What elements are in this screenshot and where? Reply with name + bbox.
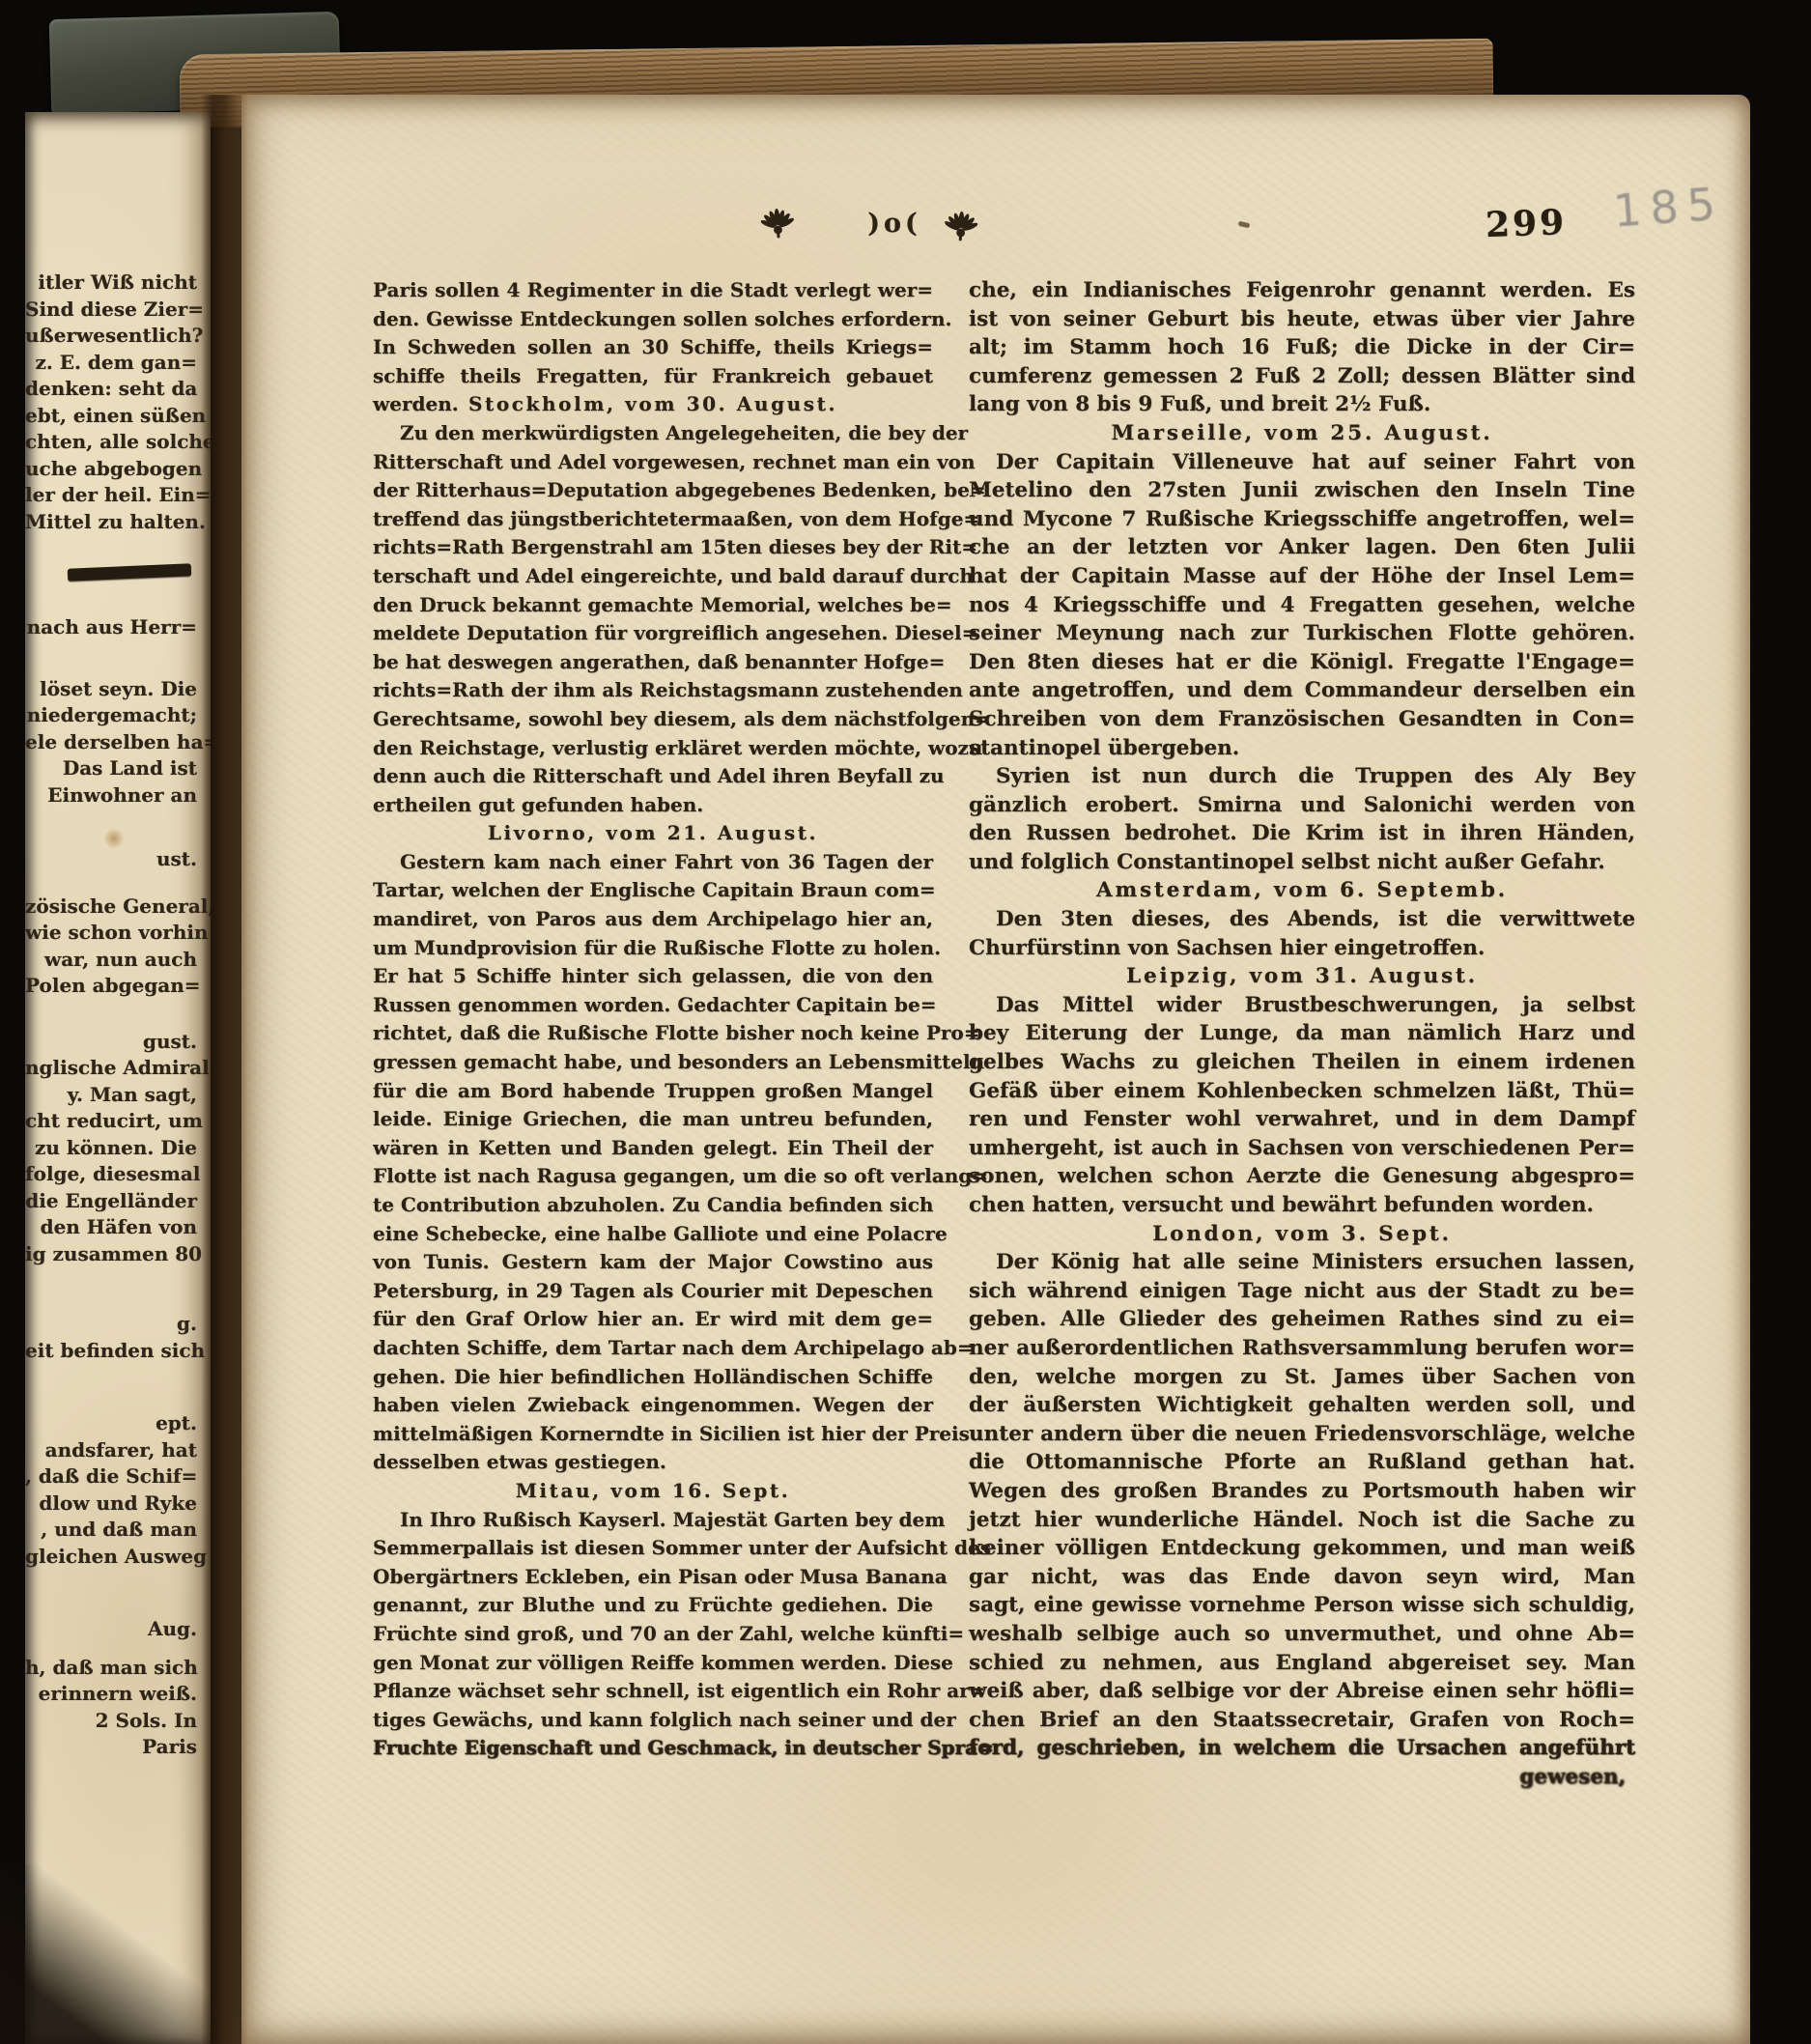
text-line: Gerechtsame, sowohl bey diesem, als dem … (373, 705, 933, 734)
text-line-fragment: ler der heil. Ein= (25, 482, 197, 509)
text-line: gelbes Wachs zu gleichen Theilen in eine… (969, 1048, 1635, 1077)
text-line-fragment: Das Land ist (25, 755, 197, 782)
spacer (25, 1000, 197, 1029)
text-line-fragment: y. Man sagt, (25, 1082, 197, 1109)
text-line: mandiret, von Paros aus dem Archipelago … (373, 905, 933, 934)
page-number: 299 (1485, 201, 1601, 245)
text-line: gen Monat zur völligen Reiffe kommen wer… (373, 1649, 933, 1678)
paragraph: Der König hat alle seine Ministers ersuc… (969, 1248, 1635, 1763)
spacer (25, 535, 197, 564)
text-line: gehen. Die hier befindlichen Holländisch… (373, 1363, 933, 1392)
text-line-fragment: g. (25, 1311, 197, 1338)
text-line: schiffe theils Fregatten, für Frankreich… (373, 362, 933, 391)
text-line: gar nicht, was das Ende davon seyn wird,… (969, 1563, 1635, 1592)
right-text-column: che, ein Indianisches Feigenrohr genannt… (969, 276, 1635, 1791)
text-line: genannt, zur Bluthe und zu Früchte gedie… (373, 1591, 933, 1620)
text-line: weiß aber, daß selbige vor der Abreise e… (969, 1677, 1635, 1706)
paragraph: Zu den merkwürdigsten Angelegeheiten, di… (373, 419, 933, 819)
text-line: und folglich Constantinopel selbst nicht… (969, 848, 1635, 877)
text-line: dachten Schiffe, dem Tartar nach dem Arc… (373, 1334, 933, 1363)
page-paper: )o( 299 185 Paris sollen 4 Regimenter in (241, 95, 1750, 2044)
text-line: te Contribution abzuholen. Zu Candia bef… (373, 1191, 933, 1220)
text-line-fragment: , daß die Schif= (25, 1463, 197, 1490)
text-line: sonen, welchen schon Aerzte die Genesung… (969, 1162, 1635, 1191)
divider-rule (68, 563, 191, 582)
text-line: jetzt hier wunderliche Händel. Noch ist … (969, 1506, 1635, 1535)
text-line: mittelmäßigen Kornerndte in Sicilien ist… (373, 1420, 933, 1449)
text-line: treffend das jüngstberichtetermaaßen, vo… (373, 505, 933, 534)
text-line: von Tunis. Gestern kam der Major Cowstin… (373, 1248, 933, 1277)
text-line: Er hat 5 Schiffe hinter sich gelassen, d… (373, 962, 933, 991)
text-line-fragment: dlow und Ryke (25, 1490, 197, 1518)
text-line: In Ihro Rußisch Kayserl. Majestät Garten… (373, 1506, 933, 1535)
text-line: Wegen des großen Brandes zu Portsmouth h… (969, 1477, 1635, 1506)
text-line: Gestern kam nach einer Fahrt von 36 Tage… (373, 848, 933, 877)
text-line-fragment: Polen abgegan= (25, 973, 197, 1000)
text-line: Petersburg, in 29 Tagen als Courier mit … (373, 1277, 933, 1306)
text-line-fragment: den Häfen von (25, 1214, 197, 1241)
text-line-fragment: ußerwesentlich? (25, 323, 197, 350)
text-line: eine Schebecke, eine halbe Galliote und … (373, 1220, 933, 1249)
text-line-fragment: cht reducirt, um (25, 1108, 197, 1135)
text-line: Der König hat alle seine Ministers ersuc… (969, 1248, 1635, 1277)
section-heading: Mitau, vom 16. Sept. (373, 1477, 933, 1506)
spacer (25, 1364, 197, 1410)
text-line: Zu den merkwürdigsten Angelegeheiten, di… (373, 419, 933, 448)
text-line: richts=Rath der ihm als Reichstagsmann z… (373, 676, 933, 705)
text-line: für den Graf Orlow hier an. Er wird mit … (373, 1305, 933, 1334)
section-heading: Livorno, vom 21. August. (373, 819, 933, 848)
text-line-fragment: Einwohner an (25, 782, 197, 809)
text-line-fragment: Sind diese Zier= (25, 297, 197, 324)
text-line: Früchte sind groß, und 70 an der Zahl, w… (373, 1620, 933, 1649)
text-line: lang von 8 bis 9 Fuß, und breit 2½ Fuß. (969, 390, 1635, 419)
text-line-fragment: h, daß man sich (25, 1655, 197, 1682)
paragraph: Der Capitain Villeneuve hat auf seiner F… (969, 448, 1635, 763)
spacer (25, 1267, 197, 1311)
text-line: die Ottomannische Pforte an Rußland geth… (969, 1448, 1635, 1477)
text-line: Russen genommen worden. Gedachter Capita… (373, 991, 933, 1020)
text-line: weshalb selbige auch so unvermuthet, und… (969, 1620, 1635, 1649)
text-line: richtet, daß die Rußische Flotte bisher … (373, 1019, 933, 1048)
text-line: Den 8ten dieses hat er die Königl. Frega… (969, 648, 1635, 677)
text-line: umhergeht, ist auch in Sachsen von versc… (969, 1134, 1635, 1163)
text-line-fragment: nglische Admiral (25, 1055, 197, 1082)
section-heading: London, vom 3. Sept. (969, 1220, 1635, 1249)
paper-stain (102, 829, 126, 848)
text-line-fragment: chten, alle solche (25, 429, 197, 456)
text-line-fragment: andsfarer, hat (25, 1437, 197, 1464)
text-line-fragment: ept. (25, 1410, 197, 1437)
text-line: chen hatten, versucht und bewährt befund… (969, 1191, 1635, 1220)
text-line: Tartar, welchen der Englische Capitain B… (373, 876, 933, 905)
text-line: Schreiben von dem Französischen Gesandte… (969, 705, 1635, 734)
text-line: Semmerpallais ist diesen Sommer unter de… (373, 1534, 933, 1563)
left-text-column: Paris sollen 4 Regimenter in die Stadt v… (373, 276, 933, 1763)
spacer (25, 641, 197, 676)
text-line: che, ein Indianisches Feigenrohr genannt… (969, 276, 1635, 305)
text-line: be hat deswegen angerathen, daß benannte… (373, 648, 933, 677)
text-line: meldete Deputation für vorgreiflich ange… (373, 619, 933, 648)
text-line: gänzlich erobert. Smirna und Salonichi w… (969, 791, 1635, 820)
text-line-fragment: zu können. Die (25, 1135, 197, 1162)
text-line: sagt, eine gewisse vornehme Person wisse… (969, 1591, 1635, 1620)
printer-ornament-icon (944, 209, 978, 243)
text-line-fragment: Mittel zu halten. (25, 509, 197, 536)
text-line: und Mycone 7 Rußische Kriegsschiffe ange… (969, 505, 1635, 534)
catchword: gewesen, (969, 1763, 1635, 1792)
text-line: che an der letzten vor Anker lagen. Den … (969, 533, 1635, 562)
text-line: In Schweden sollen an 30 Schiffe, theils… (373, 333, 933, 362)
spacer (25, 1643, 197, 1655)
text-line: Den 3ten dieses, des Abends, ist die ver… (969, 905, 1635, 934)
text-line: ante angetroffen, und dem Commandeur der… (969, 676, 1635, 705)
text-line-fragment: ig zusammen 80 (25, 1241, 197, 1268)
text-line: den. Gewisse Entdeckungen sollen solches… (373, 305, 933, 334)
text-line: Fruchte Eigenschaft und Geschmack, in de… (373, 1734, 933, 1763)
text-line: unter andern über die neuen Friedensvors… (969, 1420, 1635, 1449)
text-line: den Russen bedrohet. Die Krim ist in ihr… (969, 819, 1635, 848)
text-line: Ritterschaft und Adel vorgewesen, rechne… (373, 448, 933, 477)
text-line: seiner Meynung nach zur Turkischen Flott… (969, 619, 1635, 648)
text-line: Metelino den 27sten Junii zwischen den I… (969, 476, 1635, 505)
text-line-fragment: niedergemacht; (25, 702, 197, 729)
text-line: für die am Bord habende Truppen großen M… (373, 1077, 933, 1106)
text-line: ren und Fenster wohl verwahret, und in d… (969, 1105, 1635, 1134)
text-line: den Druck bekannt gemachte Memorial, wel… (373, 591, 933, 620)
text-line-fragment: erinnern weiß. (25, 1681, 197, 1708)
text-line-fragment: nach aus Herr= (25, 614, 197, 641)
text-line: ford, geschrieben, in welchem die Ursach… (969, 1734, 1635, 1763)
text-line-fragment: folge, diesesmal (25, 1161, 197, 1188)
text-line: ner außerordentlichen Rathsversammlung b… (969, 1334, 1635, 1363)
text-line: ist von seiner Geburt bis heute, etwas ü… (969, 305, 1635, 334)
text-line-fragment: gleichen Ausweg (25, 1544, 197, 1571)
text-line: der äußersten Wichtigkeit gehalten werde… (969, 1391, 1635, 1420)
text-line: nos 4 Kriegsschiffe und 4 Fregatten gese… (969, 591, 1635, 620)
spacer (25, 1570, 197, 1616)
text-line-fragment: löset seyn. Die (25, 676, 197, 703)
text-line: hat der Capitain Masse auf der Höhe der … (969, 562, 1635, 591)
spacer (25, 873, 197, 894)
spacer (25, 580, 197, 614)
text-line: schied zu nehmen, aus England abgereiset… (969, 1649, 1635, 1678)
text-line: chen Brief an den Staatssecretair, Grafe… (969, 1706, 1635, 1735)
text-line: Paris sollen 4 Regimenter in die Stadt v… (373, 276, 933, 305)
text-line: um Mundprovision für die Rußische Flotte… (373, 934, 933, 963)
paragraph: Gestern kam nach einer Fahrt von 36 Tage… (373, 848, 933, 1477)
text-line: ertheilen gut gefunden haben. (373, 791, 933, 820)
previous-page-text-fragments: itler Wiß nichtSind diese Zier=ußerwesen… (25, 112, 211, 1761)
text-line-fragment: Aug. (25, 1616, 197, 1643)
text-line-fragment: itler Wiß nicht (25, 270, 197, 297)
text-line: Gefäß über einem Kohlenbecken schmelzen … (969, 1077, 1635, 1106)
text-line: Der Capitain Villeneuve hat auf seiner F… (969, 448, 1635, 477)
paragraph: che, ein Indianisches Feigenrohr genannt… (969, 276, 1635, 419)
book-page-scan: itler Wiß nichtSind diese Zier=ußerwesen… (0, 0, 1811, 2044)
text-line-fragment: die Engelländer (25, 1188, 197, 1215)
text-line: keiner völligen Entdeckung gekommen, und… (969, 1534, 1635, 1563)
text-line: bey Eiterung der Lunge, da man nämlich H… (969, 1019, 1635, 1048)
text-line: sich während einigen Tage nicht aus der … (969, 1277, 1635, 1306)
text-line-fragment: , und daß man (25, 1517, 197, 1544)
text-line: alt; im Stamm hoch 16 Fuß; die Dicke in … (969, 333, 1635, 362)
text-line: Das Mittel wider Brustbeschwerungen, ja … (969, 991, 1635, 1020)
text-line: der Ritterhaus=Deputation abgegebenes Be… (373, 476, 933, 505)
section-heading: Amsterdam, vom 6. Septemb. (969, 876, 1635, 905)
paragraph: Paris sollen 4 Regimenter in die Stadt v… (373, 276, 933, 390)
text-line-fragment: z. E. dem gan= (25, 350, 197, 377)
text-line: richts=Rath Bergenstrahl am 15ten dieses… (373, 533, 933, 562)
text-line: denn auch die Ritterschaft und Adel ihre… (373, 762, 933, 791)
text-line-fragment: Paris (25, 1734, 197, 1761)
section-heading: Leipzig, vom 31. August. (969, 962, 1635, 991)
ink-fleck (1238, 221, 1251, 229)
paragraph: Syrien ist nun durch die Truppen des Aly… (969, 762, 1635, 876)
paragraph: Das Mittel wider Brustbeschwerungen, ja … (969, 991, 1635, 1220)
text-line: Flotte ist nach Ragusa gegangen, um die … (373, 1162, 933, 1191)
text-line: tiges Gewächs, und kann folglich nach se… (373, 1706, 933, 1735)
paragraph: In Ihro Rußisch Kayserl. Majestät Garten… (373, 1506, 933, 1763)
printer-ornament-icon (760, 206, 795, 241)
section-heading: Marseille, vom 25. August. (969, 419, 1635, 448)
text-line-fragment: gust. (25, 1029, 197, 1056)
text-line: den Reichstage, verlustig erkläret werde… (373, 734, 933, 763)
text-line-fragment: ust. (25, 846, 197, 873)
header-separator: )o( (827, 209, 962, 239)
text-line: wären in Ketten und Banden gelegt. Ein T… (373, 1134, 933, 1163)
text-line: desselben etwas gestiegen. (373, 1448, 933, 1477)
text-line-fragment: ebt, einen süßen (25, 403, 197, 430)
text-line: stantinopel übergeben. (969, 734, 1635, 763)
text-line: den, welche morgen zu St. James über Sac… (969, 1363, 1635, 1392)
text-line-fragment: ele derselben ha= (25, 729, 197, 756)
text-line-fragment: war, nun auch (25, 947, 197, 974)
text-line: cumferenz gemessen 2 Fuß 2 Zoll; dessen … (969, 362, 1635, 391)
text-line: geben. Alle Glieder des geheimen Rathes … (969, 1305, 1635, 1334)
library-stamp-number: 185 (1611, 170, 1811, 237)
text-line-fragment: 2 Sols. In (25, 1708, 197, 1735)
paragraph: Den 3ten dieses, des Abends, ist die ver… (969, 905, 1635, 962)
text-line-fragment: wie schon vorhin (25, 920, 197, 947)
text-line: leide. Einige Griechen, die man untreu b… (373, 1105, 933, 1134)
text-line: gressen gemacht habe, und besonders an L… (373, 1048, 933, 1077)
text-line: Syrien ist nun durch die Truppen des Aly… (969, 762, 1635, 791)
text-line: Pflanze wächset sehr schnell, ist eigent… (373, 1677, 933, 1706)
text-line: terschaft und Adel eingereichte, und bal… (373, 562, 933, 591)
previous-page-strip: itler Wiß nichtSind diese Zier=ußerwesen… (25, 112, 211, 2044)
text-line: Obergärtners Eckleben, ein Pisan oder Mu… (373, 1563, 933, 1592)
text-line: Churfürstinn von Sachsen hier eingetroff… (969, 934, 1635, 963)
text-line-fragment: uche abgebogen (25, 456, 197, 483)
text-line-fragment: denken: seht da (25, 376, 197, 403)
text-line-fragment: zösische General, (25, 894, 197, 921)
text-line-fragment: eit befinden sich (25, 1338, 197, 1365)
text-line: haben vielen Zwieback eingenommen. Wegen… (373, 1391, 933, 1420)
